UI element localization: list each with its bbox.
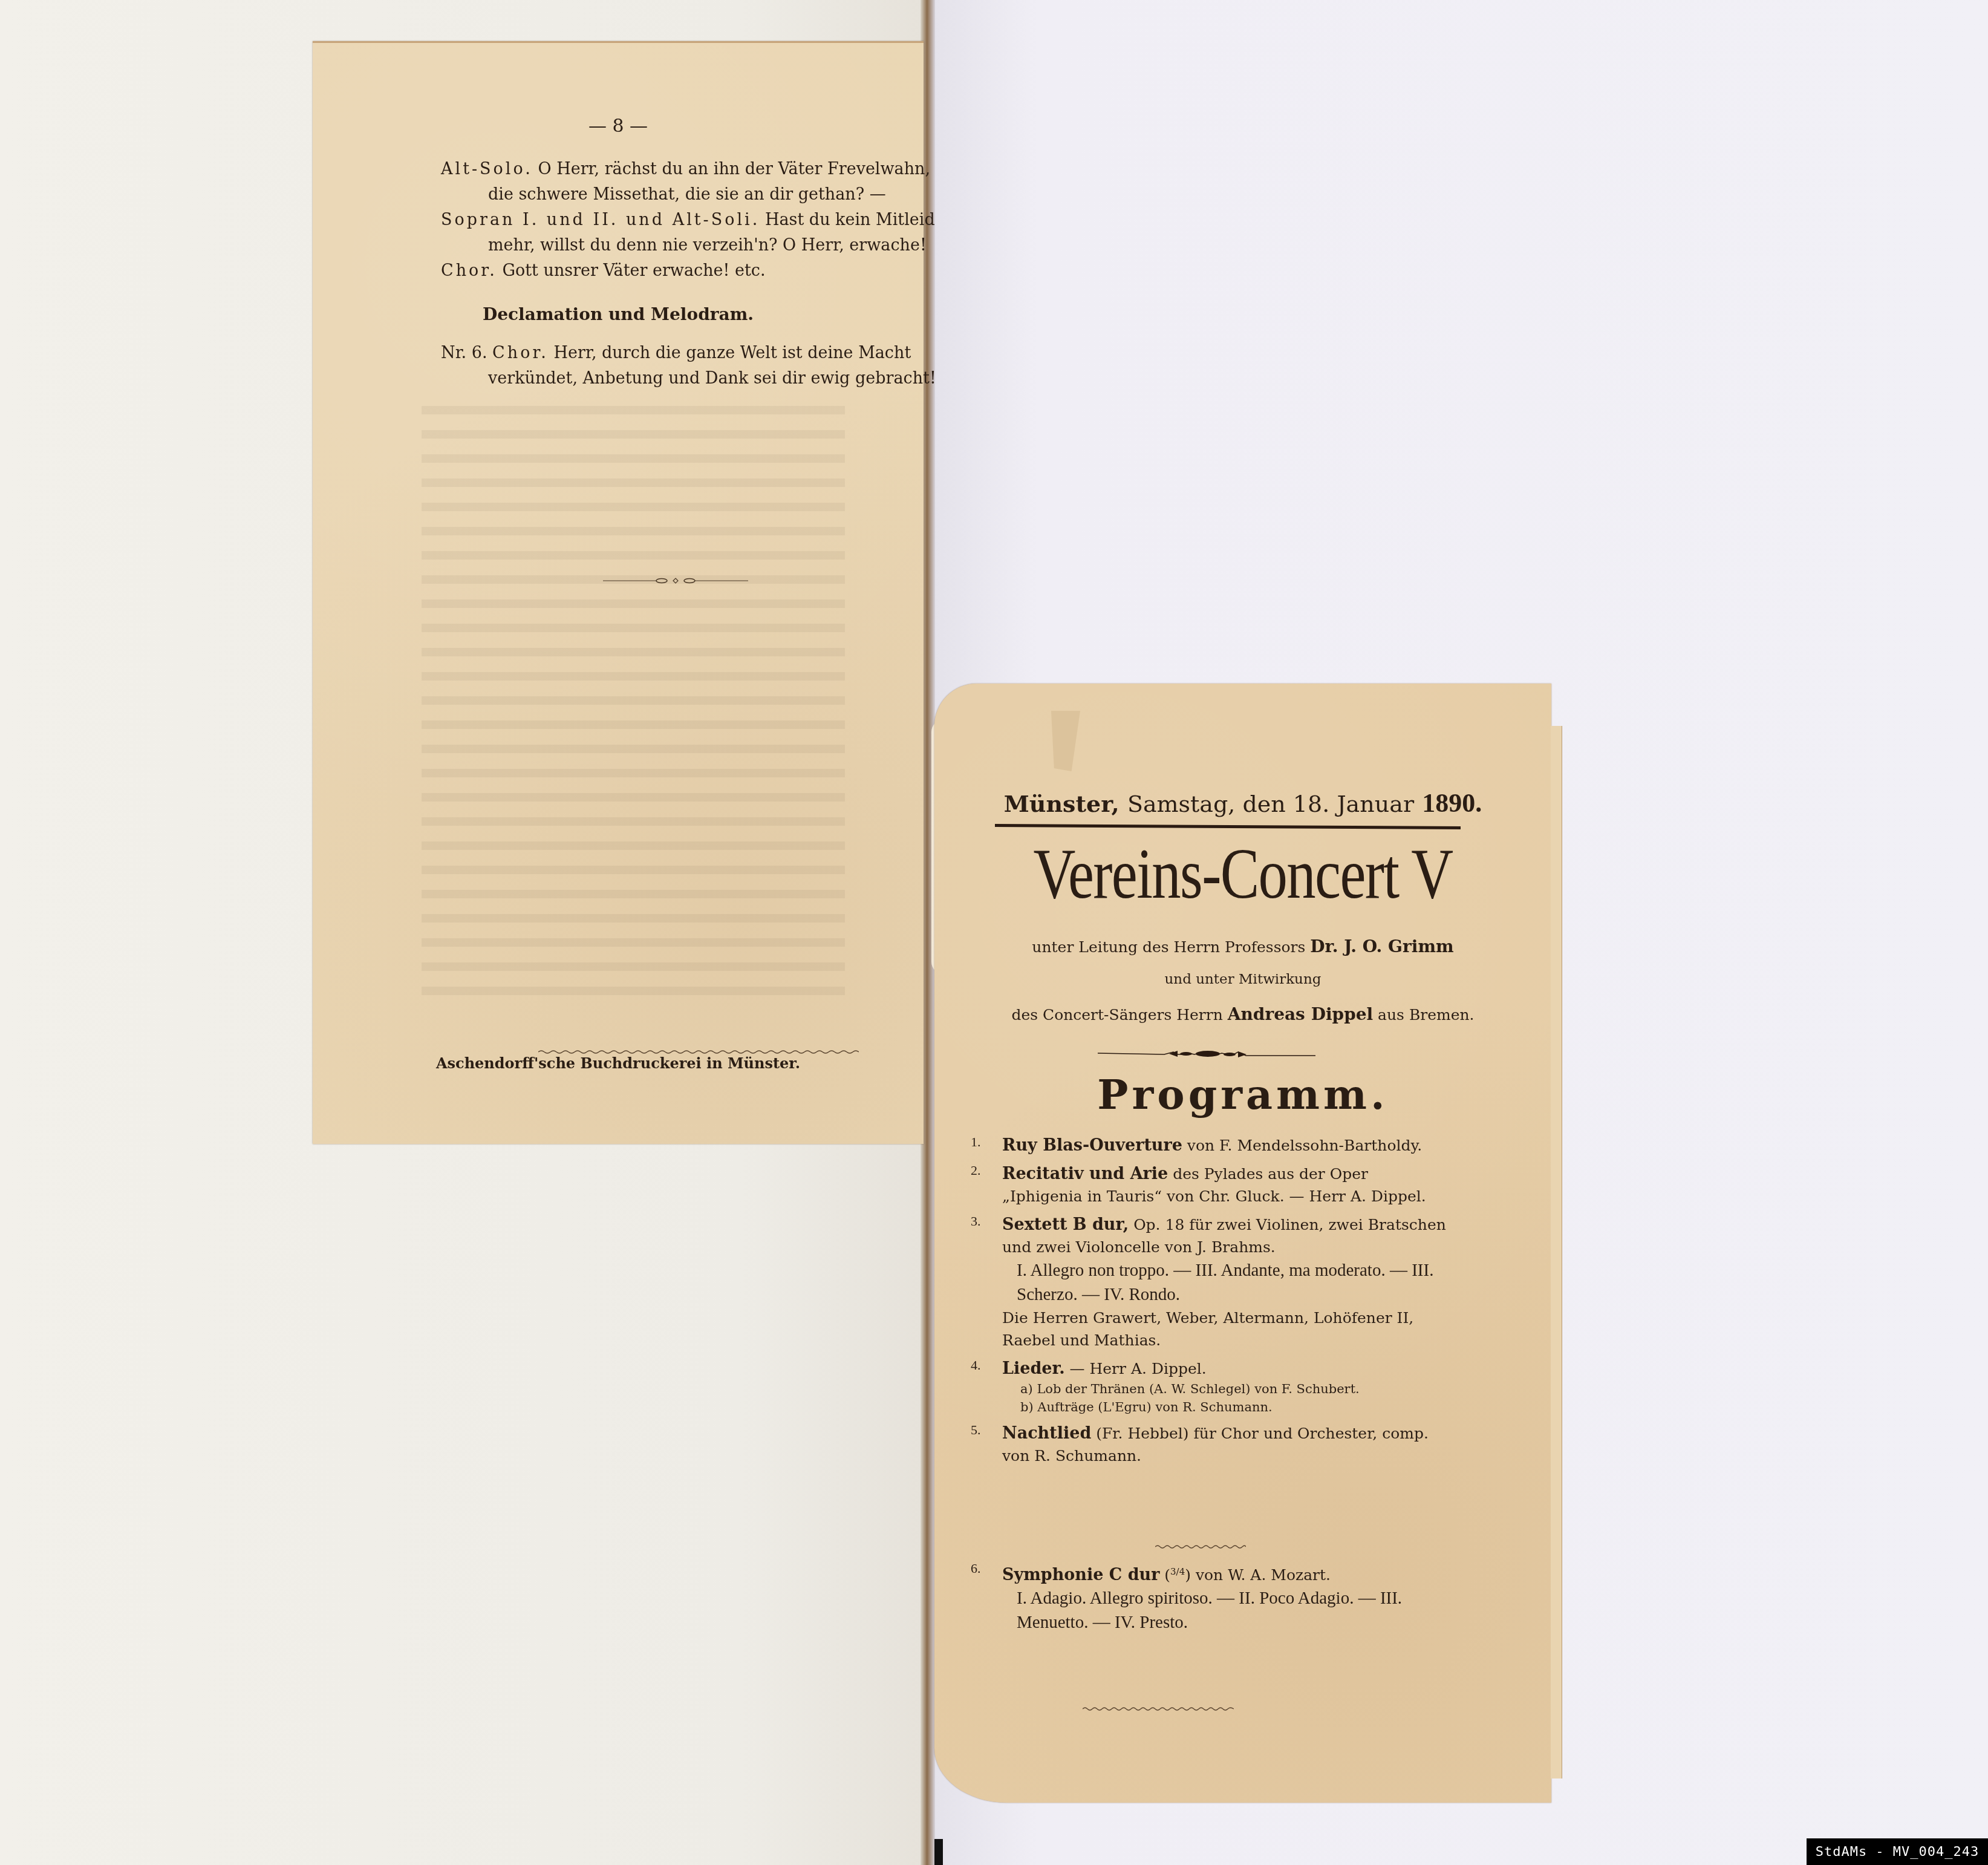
nr6-text: Nr. 6. Chor. Herr, durch die ganze Welt … bbox=[441, 341, 913, 391]
libretto-line: Alt-Solo. O Herr, rächst du an ihn der V… bbox=[441, 157, 901, 182]
programme-item: 2. Recitativ und Arie des Pylades aus de… bbox=[971, 1163, 1449, 1207]
movements: I. Adagio. Allegro spiritoso. — II. Poco… bbox=[1002, 1586, 1449, 1635]
programme-list: 1. Ruy Blas-Ouverture von F. Mendelssohn… bbox=[971, 1134, 1449, 1473]
libretto-line: die schwere Missethat, die sie an dir ge… bbox=[441, 182, 901, 207]
gutter-shadow bbox=[934, 1839, 943, 1865]
section-heading: Declamation und Melodram. bbox=[313, 304, 924, 324]
page-number: — 8 — bbox=[313, 116, 924, 137]
libretto-line: Sopran I. und II. und Alt-Soli. Hast du … bbox=[441, 207, 901, 233]
libretto-text: Alt-Solo. O Herr, rächst du an ihn der V… bbox=[441, 157, 901, 284]
programme-item: 1. Ruy Blas-Ouverture von F. Mendelssohn… bbox=[971, 1134, 1449, 1157]
wavy-rule-icon bbox=[1155, 1544, 1246, 1550]
ornament-divider-icon bbox=[603, 578, 748, 584]
movements: I. Allegro non troppo. — III. Andante, m… bbox=[1002, 1258, 1449, 1307]
wavy-rule-icon bbox=[1083, 1706, 1234, 1712]
soloist-line: des Concert-Sängers Herrn Andreas Dippel… bbox=[934, 1004, 1551, 1024]
cooperation-line: und unter Mitwirkung bbox=[934, 972, 1551, 987]
archive-label: StdAMs - MV_004_243 bbox=[1807, 1838, 1988, 1865]
concert-title: Vereins-Concert V bbox=[990, 835, 1496, 913]
programme-item: 3. Sextett B dur, Op. 18 für zwei Violin… bbox=[971, 1213, 1449, 1351]
printer-imprint: Aschendorff'sche Buchdruckerei in Münste… bbox=[313, 1054, 924, 1072]
song-b: b) Aufträge (L'Egru) von R. Schumann. bbox=[1002, 1398, 1449, 1416]
programme-heading: Programm. bbox=[934, 1071, 1551, 1119]
programme-item: 4. Lieder. — Herr A. Dippel. a) Lob der … bbox=[971, 1357, 1449, 1416]
concert-programme: Münster, Samstag, den 18. Januar 1890. V… bbox=[934, 684, 1551, 1803]
programme-item: 5. Nachtlied (Fr. Hebbel) für Chor und O… bbox=[971, 1422, 1449, 1467]
ornament-divider-icon bbox=[1098, 1050, 1315, 1059]
dateline: Münster, Samstag, den 18. Januar 1890. bbox=[934, 788, 1551, 818]
libretto-line: Chor. Gott unsrer Väter erwache! etc. bbox=[441, 258, 901, 284]
programme-item-6: 6. Symphonie C dur (3/4) von W. A. Mozar… bbox=[971, 1561, 1449, 1641]
conductor-line: unter Leitung des Herrn Professors Dr. J… bbox=[934, 936, 1551, 956]
libretto-line: mehr, willst du denn nie verzeih'n? O He… bbox=[441, 233, 901, 258]
show-through-text bbox=[422, 406, 845, 1011]
libretto-page-8: — 8 — Alt-Solo. O Herr, rächst du an ihn… bbox=[313, 41, 924, 1144]
header-rule bbox=[995, 824, 1461, 829]
performers: Die Herren Grawert, Weber, Altermann, Lo… bbox=[1002, 1307, 1449, 1351]
song-a: a) Lob der Thränen (A. W. Schlegel) von … bbox=[1002, 1380, 1449, 1398]
